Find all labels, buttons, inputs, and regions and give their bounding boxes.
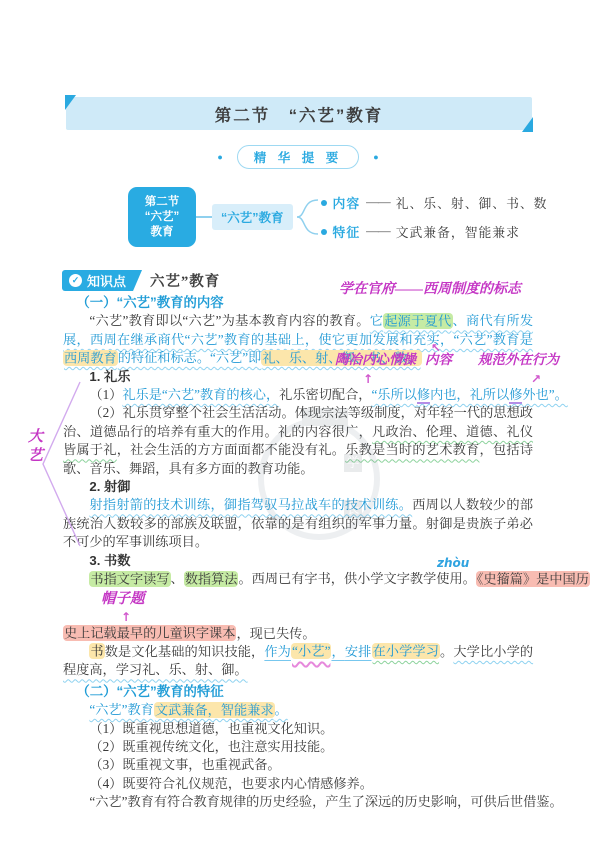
branch-value: 文武兼备，智能兼求 [396,222,520,241]
mindmap-branch-feature: 特征 —— 文武兼备，智能兼求 [321,222,548,241]
text-segment: ， [331,644,344,659]
mindmap-subnode: “六艺”教育 [212,204,293,230]
page-body: （一）“六艺”教育的内容 学在官府——西周制度的标志 “六艺”教育即以“六艺”为… [63,294,533,812]
textbook-page: 第二节 “六艺”教育 ● 精 华 提 要 ● 第二节 “六艺” 教育 “六艺”教… [0,0,596,842]
feature-item-3: （3）既重视文事，也重视武备。 [63,756,533,774]
feature-item-4: （4）既要符合礼仪规范，也要求内心情感修养。 [63,775,533,793]
paragraph-shushu-3: 书数是文化基础的知识技能，作为“小艺”，安排在小学学习。大学比小学的程度高，学习… [63,643,533,680]
text-segment: “乐所以 [371,387,416,402]
text-segment: “六艺”教育即以“六艺”为基本教育内容的教育。 [89,313,369,328]
paragraph-liyue-2: （2）礼乐贯穿整个社会生活活动。体现宗法等级制度，对年轻一代的思想政治、道德品行… [63,404,533,478]
subsection-heading-feature: （二）“六艺”教育的特征 [63,683,533,701]
paragraph-shushu-2: 史上记载最早的儿童识字课本，现已失传。 [63,625,533,643]
mindmap-root-line: 教育 [151,225,174,240]
text-segment: 内也，礼所以 [430,387,509,402]
text-segment: 礼乐密切配合， [279,387,371,402]
text-segment: 书 [89,643,104,659]
text-segment: 礼乐是“六艺”教育的核心， [122,387,279,402]
bullet-dot-icon [321,229,327,235]
text-segment: 文武兼备，智能兼求 [154,702,275,718]
section-title: 第二节 “六艺”教育 [215,102,384,126]
text-segment: “六艺”教育 [89,702,153,717]
text-segment: 在小学学习 [372,643,441,659]
bullet-dot-icon [321,200,327,206]
text-segment: 、 [171,571,184,586]
handwritten-note-maozi: 帽子题 [101,590,145,608]
paragraph-sheyu: 射指射箭的技术训练，御指驾驭马拉战车的技术训练。西周以人数较少的部族统治人数较多… [63,496,533,551]
handwritten-pinyin-zhou: zhòu [437,554,469,572]
text-segment: 修 [417,387,430,404]
mindmap-root-line: “六艺” [145,210,180,225]
mindmap-connector [196,216,212,218]
handwritten-note-guifan: 规范外在行为 [478,351,559,369]
arrow-northwest-icon: ↖ [431,339,441,357]
dot-icon: ● [373,152,378,162]
branch-dash: —— [366,195,390,210]
text-segment: 。 [275,702,288,717]
heading-sheyu: 2. 射御 [63,478,533,496]
dot-icon: ● [217,152,222,162]
paragraph-conclusion: “六艺”教育有符合教育规律的历史经验，产生了深远的历史影响，可供后世借鉴。 [63,793,533,811]
text-segment: ，社会生活的方方面面都不能没有礼。 [117,442,345,457]
text-segment: 。 [440,644,453,659]
text-segment: 乐教是当时的艺术教育 [345,442,479,457]
text-segment: 《史籀篇》是中国历 [476,571,590,587]
branch-label: 特征 [333,222,361,241]
handwritten-note-taoye: 陶冶内心情操 [335,351,416,369]
text-segment: 史上记载最早的儿童识字课本 [63,625,236,641]
heading-liyue: 1. 礼乐 [63,368,533,386]
mindmap-root-line: 第二节 [145,195,180,210]
paragraph-shushu-1: 书指文字读写、数指算法。西周已有字书，供小学文字教学使用。《史籀篇》是中国历zh… [63,570,533,588]
text-segment: 外也”。 [522,387,567,402]
text-segment: 西周教育 [63,350,118,366]
feature-item-2: （2）既重视传统文化，也注意实用技能。 [63,738,533,756]
margin-brace-line [36,380,82,548]
banner-corner-right-decoration [522,117,533,132]
text-segment: 数是文化基础的知识技能， [105,644,265,659]
mindmap-branches: 内容 —— 礼、乐、射、御、书、数 特征 —— 文武兼备，智能兼求 [321,193,548,241]
knowledge-point-title: 六艺”教育 [150,270,220,291]
arrow-up-icon: ↑ [121,608,131,626]
summary-badge: 精 华 提 要 [237,145,359,169]
text-segment: 射指射箭的技术训练，御指驾驭马拉战车的技术训练。 [89,497,412,512]
text-segment: 作为 [264,644,291,659]
arrow-up-icon: ↑ [363,370,373,388]
text-segment: 起源于夏代 [383,313,452,329]
text-segment: 数指算法 [184,571,239,587]
branch-label: 内容 [333,193,361,212]
paragraph-feature: “六艺”教育文武兼备，智能兼求。 [63,701,533,719]
text-segment: 书指文字读写 [89,571,170,587]
feature-item-1: （1）既重视思想道德，也重视文化知识。 [63,720,533,738]
annotation-gap-row: 帽子题 ↑ [63,589,533,625]
summary-pill-row: ● 精 华 提 要 ● [0,145,596,169]
paragraph-liyue-1: （1）礼乐是“六艺”教育的核心，礼乐密切配合，“乐所以修内也，礼所以修外也”。陶… [63,386,533,404]
text-segment: 它 [370,313,383,328]
subsection-heading-content: （一）“六艺”教育的内容 学在官府——西周制度的标志 [63,294,533,312]
branch-value: 礼、乐、射、御、书、数 [396,193,548,212]
knowledge-point-badge: ✓ 知识点 [62,270,142,291]
mindmap-root-node: 第二节 “六艺” 教育 [128,187,196,247]
text-segment: 的特征和标志。“六艺”即 [118,350,262,365]
text-segment: （1） [89,387,122,402]
section-banner: 第二节 “六艺”教育 [66,97,532,130]
text-segment: 安排 [345,644,372,659]
knowledge-point-label: 知识点 [87,271,126,290]
paragraph-intro: “六艺”教育即以“六艺”为基本教育内容的教育。它起源于夏代、商代有所发展，西周在… [63,312,533,367]
branch-dash: —— [366,224,390,239]
arrow-northeast-icon: ↗ [531,370,541,388]
banner-corner-left-decoration [65,95,76,110]
text-segment: “小艺” [291,643,331,659]
handwritten-note-guanfu: 学在官府——西周制度的标志 [339,281,521,299]
summary-mindmap: 第二节 “六艺” 教育 “六艺”教育 内容 —— 礼、乐、射、御、书、数 特征 … [128,185,596,249]
mindmap-branch-content: 内容 —— 礼、乐、射、御、书、数 [321,193,548,212]
text-segment: 。西周已有字书，供小学文字教学使用。 [238,571,475,586]
text-segment: 修 [509,387,522,404]
mindmap-brace [295,189,319,245]
knowledge-point-icon: ✓ [69,274,82,287]
text-segment: ，现已失传。 [236,626,315,641]
